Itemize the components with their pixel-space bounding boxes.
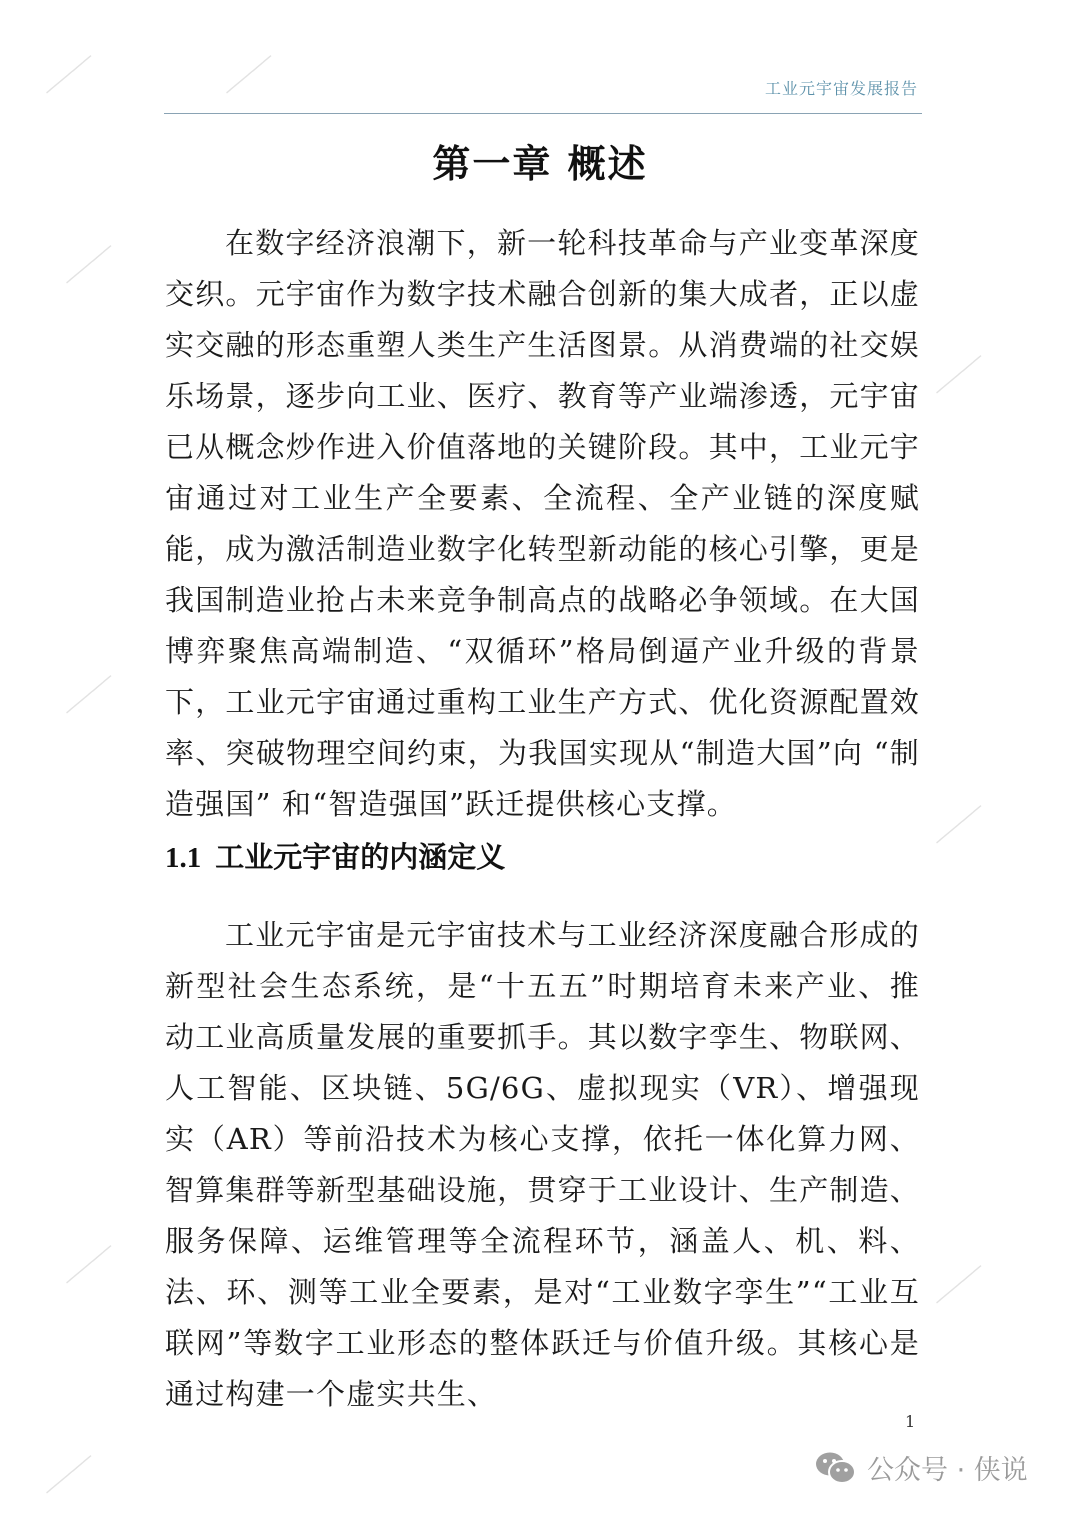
watermark-stamp: ━━━━━━━━━━━━ [934,1262,984,1306]
wechat-icon [815,1451,857,1485]
report-header-title: 工业元宇宙发展报告 [765,76,918,99]
intro-paragraph: 在数字经济浪潮下，新一轮科技革命与产业变革深度交织。元宇宙作为数字技术融合创新的… [165,218,920,830]
chapter-title: 第一章 概述 [0,133,1080,188]
section-heading: 1.1工业元宇宙的内涵定义 [165,835,505,876]
definition-paragraph: 工业元宇宙是元宇宙技术与工业经济深度融合形成的新型社会生态系统，是“十五五”时期… [165,910,920,1420]
watermark-stamp: ━━━━━━━━━━━━ [44,52,94,96]
header-divider [164,113,922,114]
section-number: 1.1 [165,842,201,874]
wechat-watermark: 公众号 · 侠说 [815,1448,1028,1487]
watermark-stamp: ━━━━━━━━━━━━ [64,672,114,716]
watermark-stamp: ━━━━━━━━━━━━ [64,242,114,286]
watermark-stamp: ━━━━━━━━━━━━ [934,352,984,396]
watermark-stamp: ━━━━━━━━━━━━ [224,52,274,96]
section-title-text: 工业元宇宙的内涵定义 [215,840,505,874]
watermark-stamp: ━━━━━━━━━━━━ [44,1452,94,1496]
page-number: 1 [905,1412,915,1431]
watermark-stamp: ━━━━━━━━━━━━ [934,802,984,846]
watermark-stamp: ━━━━━━━━━━━━ [64,1242,114,1286]
watermark-text: 公众号 · 侠说 [867,1448,1028,1487]
